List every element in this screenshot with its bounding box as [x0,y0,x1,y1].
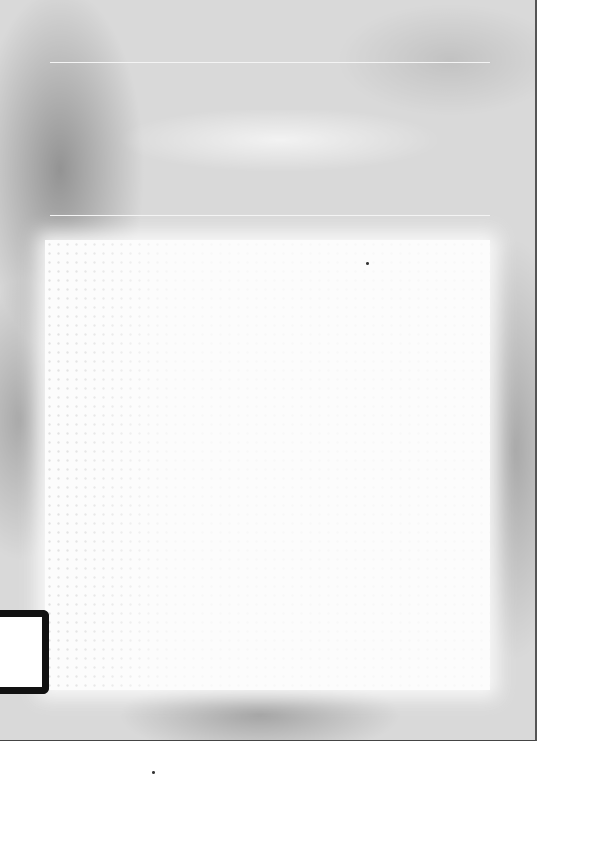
divider-line [50,62,490,63]
divider-line [50,215,490,216]
book-cover [0,0,537,741]
library-label [0,610,49,694]
panel-fade [45,240,490,690]
title-area [120,110,480,190]
speck [152,771,155,774]
speck [366,262,369,265]
